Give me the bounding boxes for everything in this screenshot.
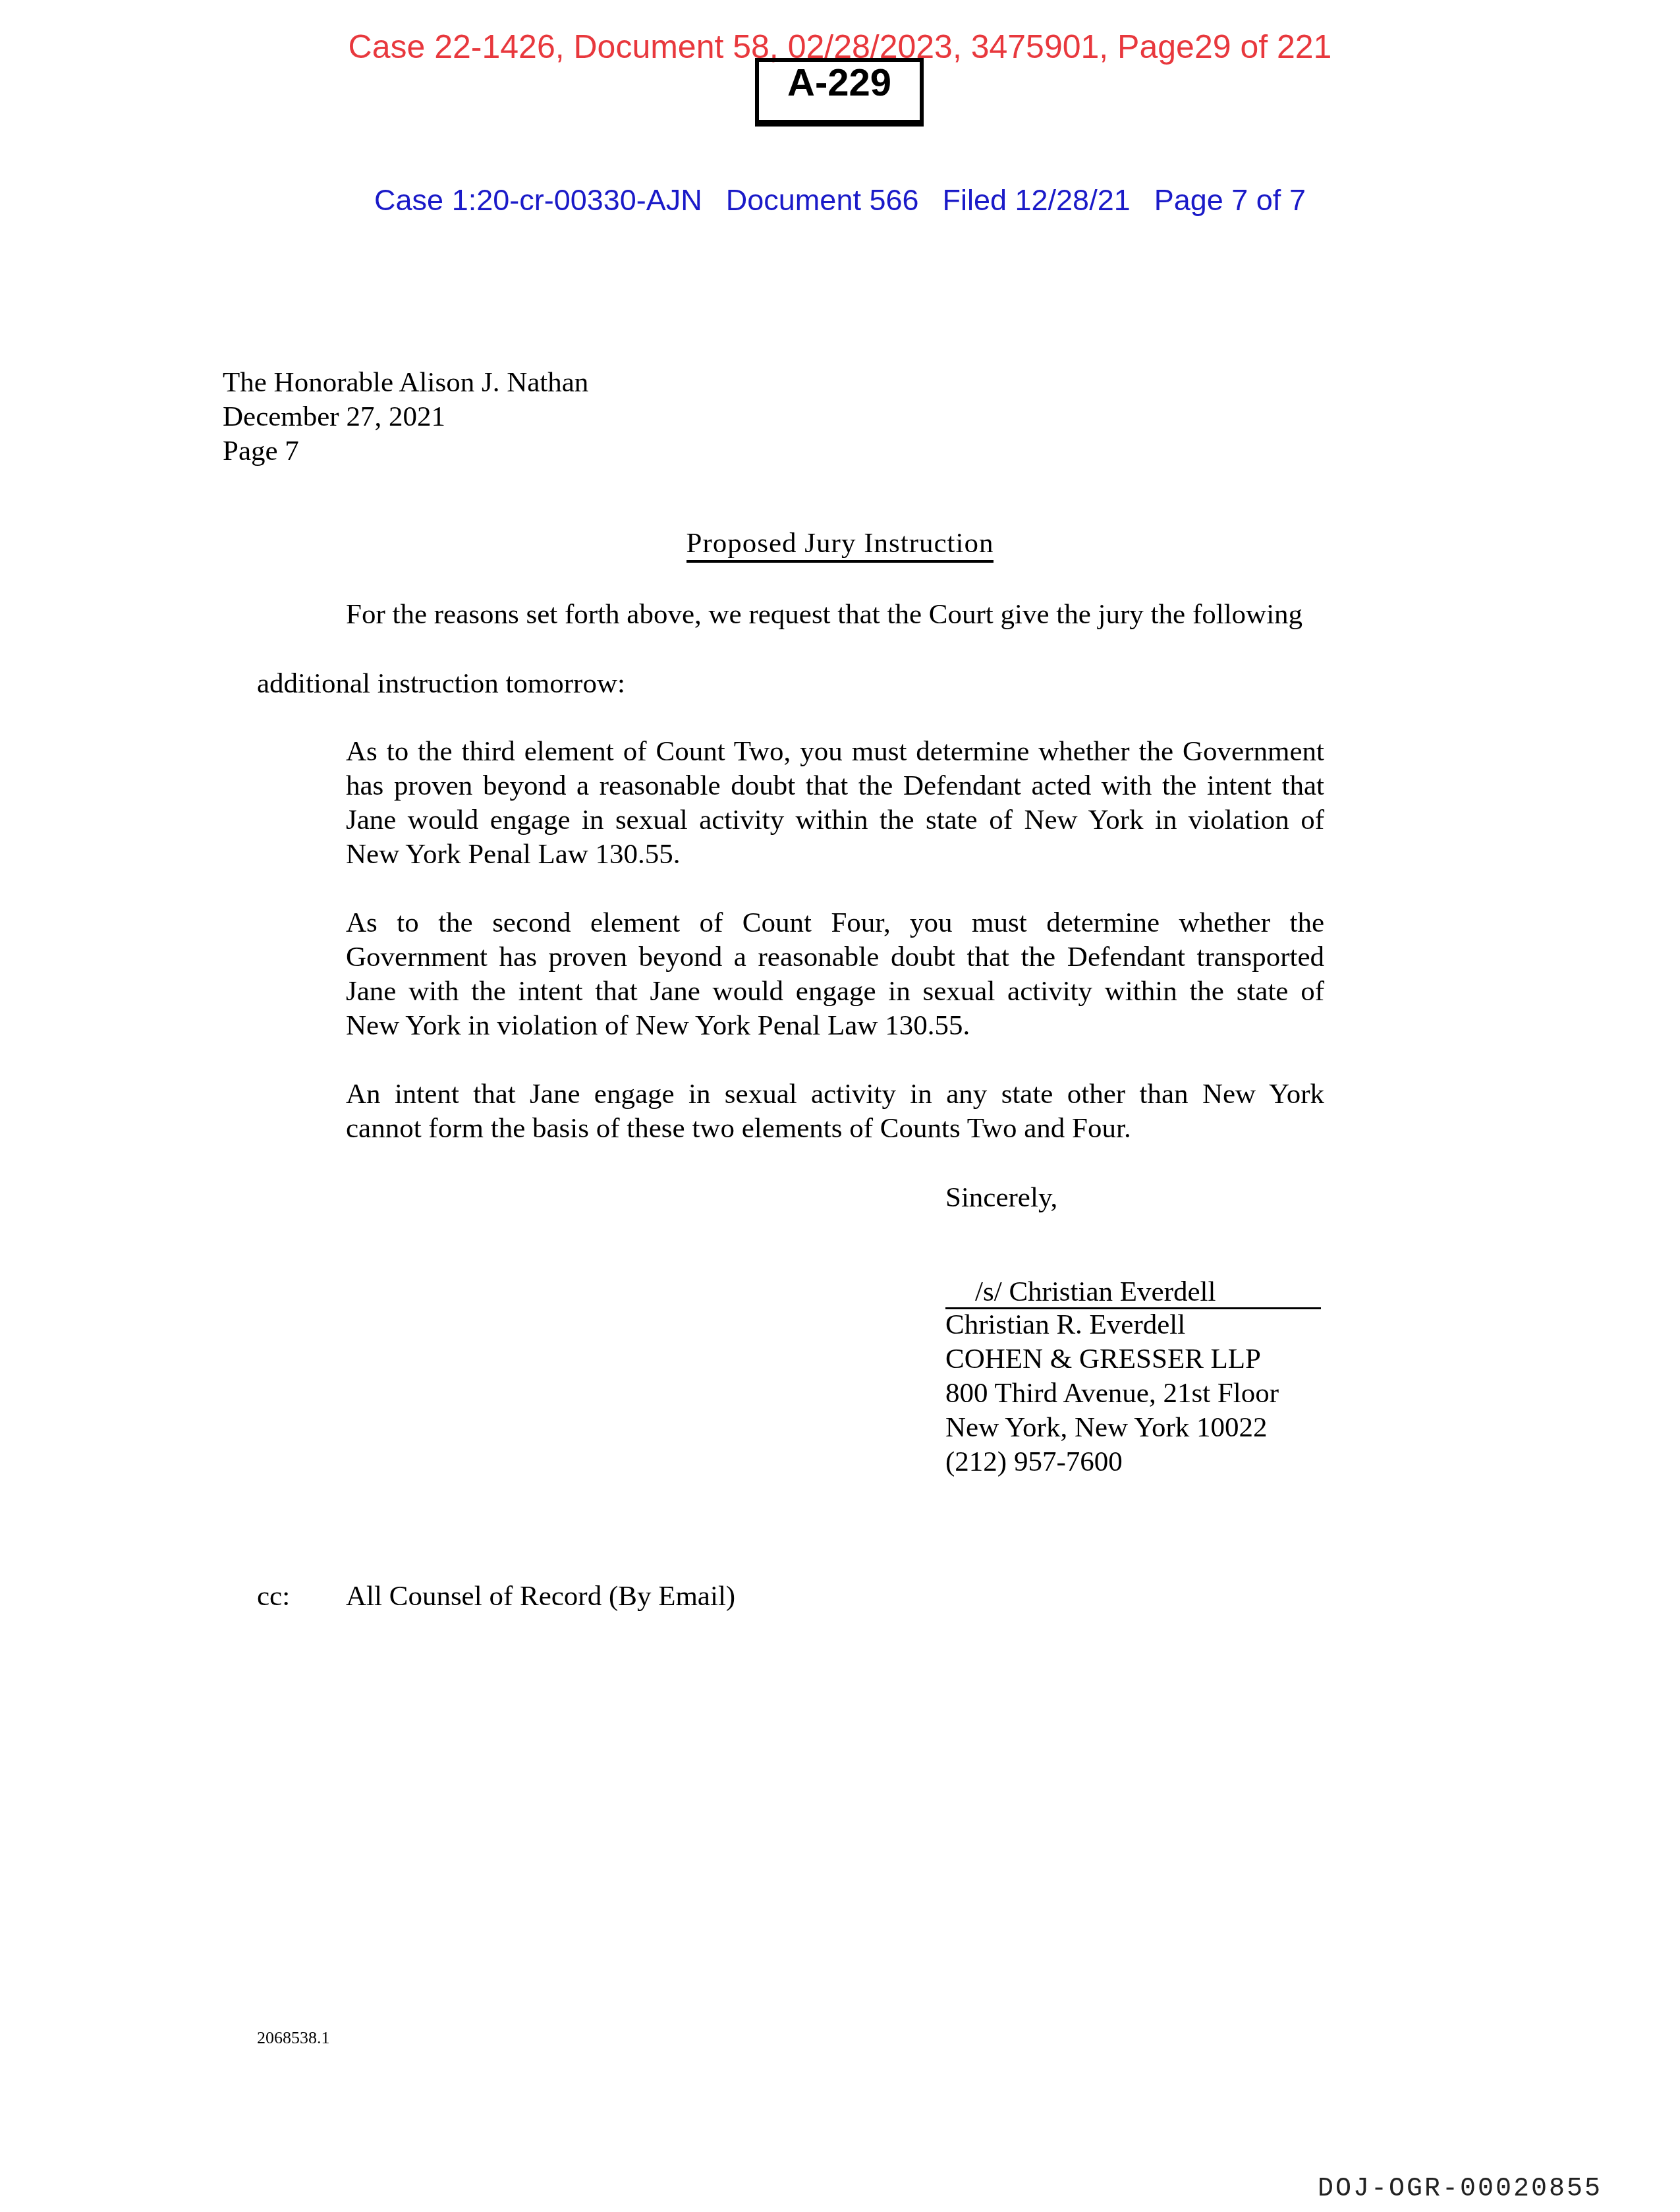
instruction-line: has proven beyond a reasonable doubt tha… [346, 769, 1324, 803]
instruction-limitation: An intent that Jane engage in sexual act… [346, 1077, 1324, 1146]
bates-number: DOJ-OGR-00020855 [1318, 2174, 1602, 2204]
intro-line-1: For the reasons set forth above, we requ… [346, 598, 1302, 632]
instruction-line: New York in violation of New York Penal … [346, 1009, 1324, 1043]
page-of: Page 7 of 7 [1154, 183, 1306, 217]
addressee-block: The Honorable Alison J. Nathan December … [223, 366, 588, 468]
instruction-line: Jane would engage in sexual activity wit… [346, 803, 1324, 837]
instruction-count-four: As to the second element of Count Four, … [346, 906, 1324, 1043]
instruction-line: An intent that Jane engage in sexual act… [346, 1077, 1324, 1112]
signature-block: Christian R. Everdell COHEN & GRESSER LL… [945, 1308, 1279, 1479]
section-heading: Proposed Jury Instruction [0, 527, 1680, 559]
closing: Sincerely, [945, 1181, 1057, 1215]
instruction-line: Jane with the intent that Jane would eng… [346, 975, 1324, 1009]
document-number: Document 566 [726, 183, 919, 217]
addressee-name: The Honorable Alison J. Nathan [223, 366, 588, 400]
instruction-line: cannot form the basis of these two eleme… [346, 1112, 1324, 1146]
firm-phone: (212) 957-7600 [945, 1445, 1279, 1479]
case-number: Case 1:20-cr-00330-AJN [374, 183, 702, 217]
electronic-signature: /s/ Christian Everdell [945, 1275, 1321, 1309]
intro-line-2: additional instruction tomorrow: [257, 667, 625, 701]
instruction-line: New York Penal Law 130.55. [346, 837, 1324, 872]
instruction-line: Government has proven beyond a reasonabl… [346, 940, 1324, 975]
instruction-count-two: As to the third element of Count Two, yo… [346, 735, 1324, 872]
heading-text: Proposed Jury Instruction [686, 528, 994, 563]
letter-date: December 27, 2021 [223, 400, 588, 434]
exhibit-label: A-229 [755, 61, 924, 105]
cc-recipients: All Counsel of Record (By Email) [346, 1580, 735, 1612]
instruction-line: As to the second element of Count Four, … [346, 906, 1324, 940]
district-case-header: Case 1:20-cr-00330-AJNDocument 566Filed … [0, 183, 1680, 217]
instruction-line: As to the third element of Count Two, yo… [346, 735, 1324, 769]
firm-address-line-2: New York, New York 10022 [945, 1411, 1279, 1445]
letter-page: Page 7 [223, 434, 588, 468]
cc-label: cc: [257, 1580, 290, 1612]
law-firm: COHEN & GRESSER LLP [945, 1342, 1279, 1376]
firm-address-line-1: 800 Third Avenue, 21st Floor [945, 1376, 1279, 1411]
filed-date: Filed 12/28/21 [943, 183, 1131, 217]
signer-name: Christian R. Everdell [945, 1308, 1279, 1342]
document-id: 2068538.1 [257, 2028, 330, 2048]
